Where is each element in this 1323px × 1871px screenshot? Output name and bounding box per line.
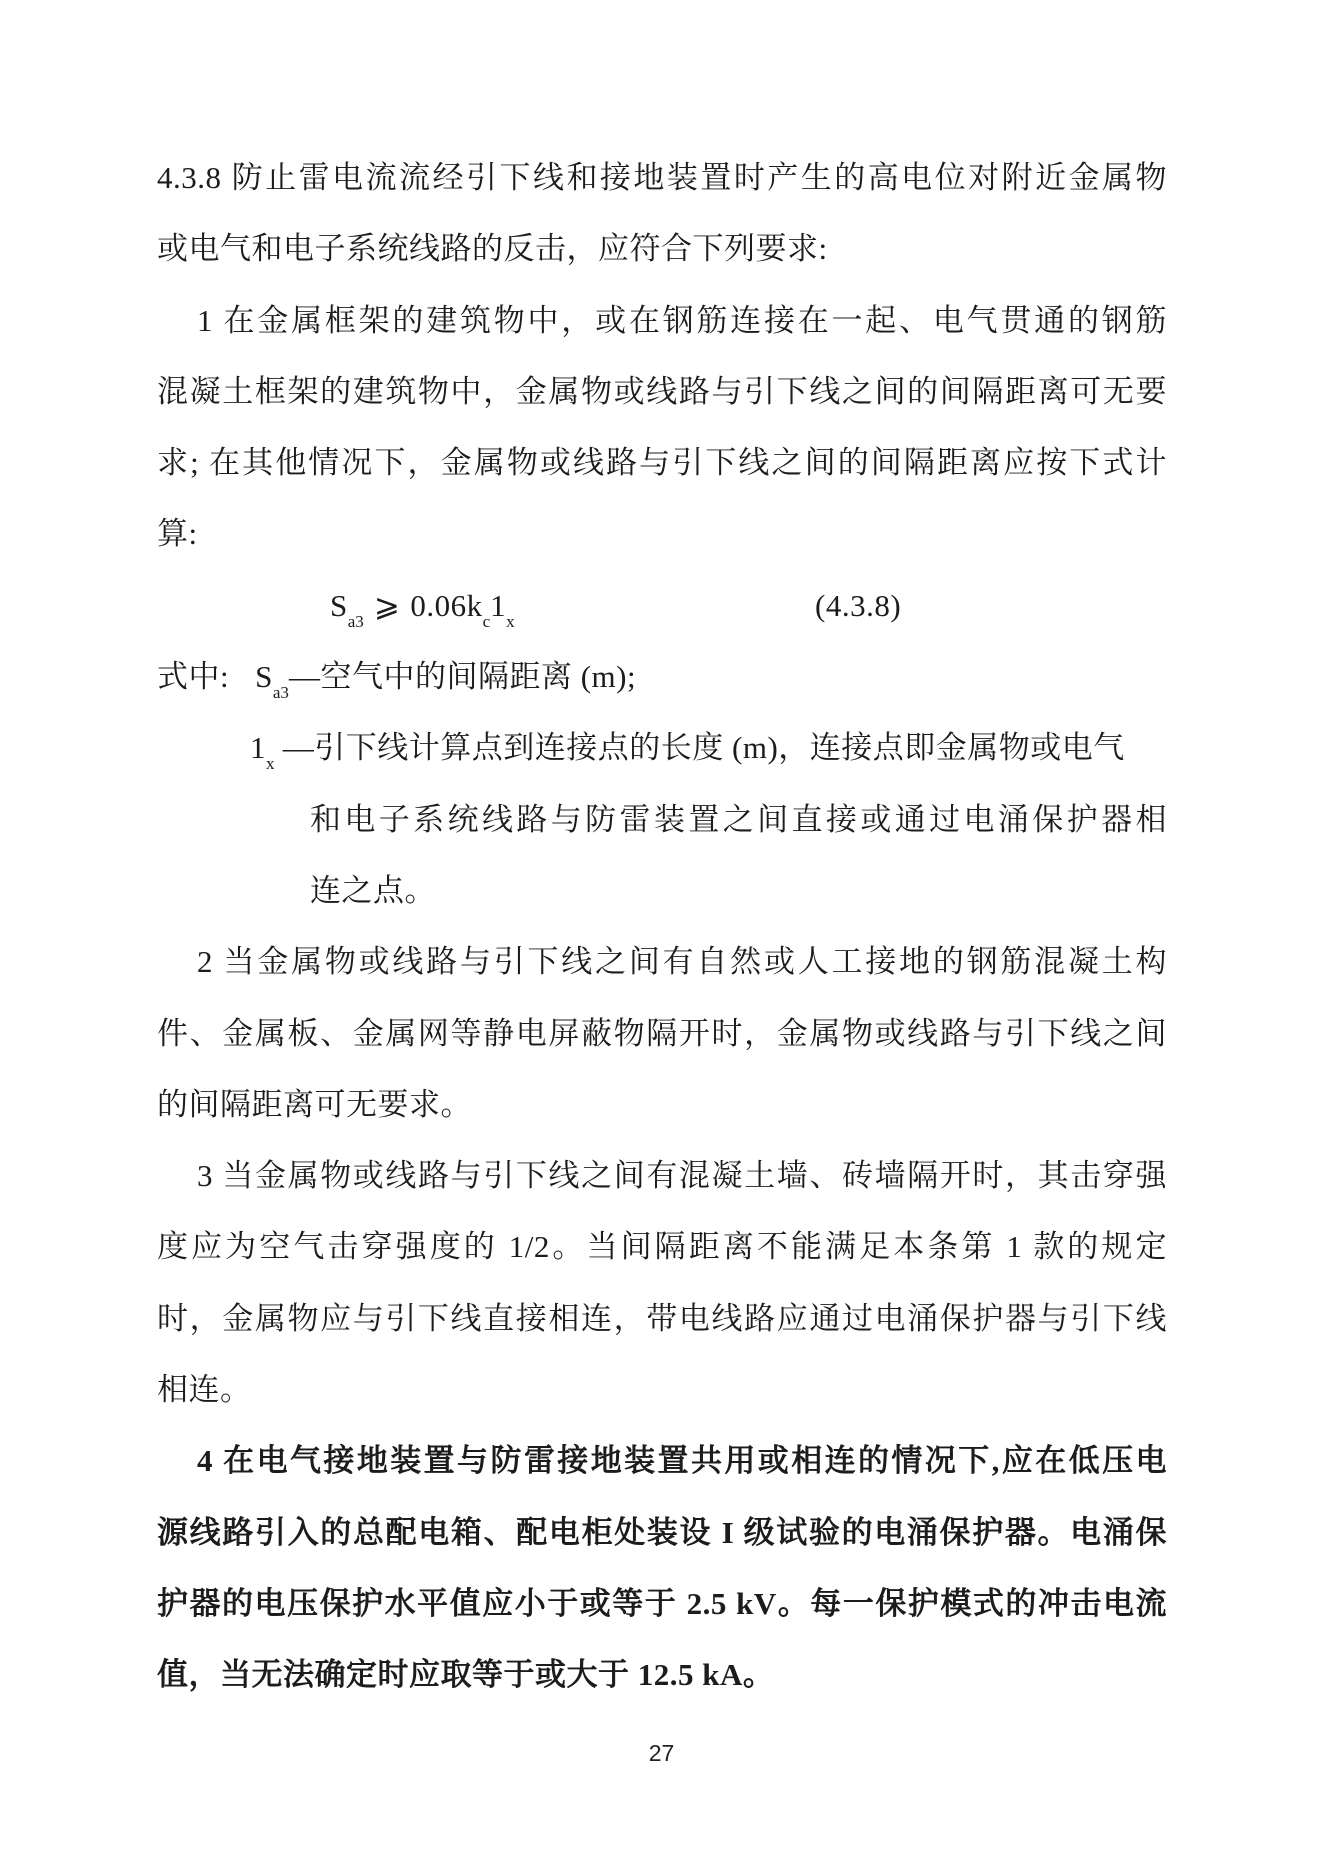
formula-length-base: 1 [490,588,506,623]
where-clause-s-line: 式中:Sa3—空气中的间隔距离 (m); [157,641,1167,712]
formula-s-subscript: a3 [348,612,364,631]
formula-equation-number: (4.3.8) [815,570,901,641]
where-s-subscript: a3 [273,683,289,702]
formula-coefficient-subscript: c [483,612,491,631]
where-clause-l-line: 1x —引下线计算点到连接点的长度 (m)，连接点即金属物或电气 [157,712,1167,783]
where-l-description: —引下线计算点到连接点的长度 (m)，连接点即金属物或电气 [275,730,1125,765]
item-1-line-4: 算: [157,498,1167,569]
where-clause-l-continuation-1: 和电子系统线路与防雷装置之间直接或通过电涌保护器相 [157,784,1167,855]
formula-438: Sa3⩾0.06kc1x (4.3.8) [157,570,1167,641]
formula-coefficient: 0.06k [410,588,482,623]
formula-relation-symbol: ⩾ [374,588,400,623]
where-label: 式中: [157,659,229,694]
clause-438-heading-line-1: 4.3.8 防止雷电流流经引下线和接地装置时产生的高电位对附近金属物 [157,142,1167,213]
item-2-line-1: 2 当金属物或线路与引下线之间有自然或人工接地的钢筋混凝土构 [157,926,1167,997]
where-s-base: S [255,659,273,694]
clause-438-heading-line-2: 或电气和电子系统线路的反击，应符合下列要求: [157,213,1167,284]
item-1-line-2: 混凝土框架的建筑物中，金属物或线路与引下线之间的间隔距离可无要 [157,356,1167,427]
item-3-line-2: 度应为空气击穿强度的 1/2。当间隔距离不能满足本条第 1 款的规定 [157,1211,1167,1282]
item-1-line-3: 求; 在其他情况下，金属物或线路与引下线之间的间隔距离应按下式计 [157,427,1167,498]
formula-expression: Sa3⩾0.06kc1x [330,588,515,623]
item-1-line-1: 1 在金属框架的建筑物中，或在钢筋连接在一起、电气贯通的钢筋 [157,285,1167,356]
formula-s-base: S [330,588,348,623]
document-page: 4.3.8 防止雷电流流经引下线和接地装置时产生的高电位对附近金属物 或电气和电… [0,0,1323,1871]
item-2-line-2: 件、金属板、金属网等静电屏蔽物隔开时，金属物或线路与引下线之间 [157,998,1167,1069]
item-2-line-3: 的间隔距离可无要求。 [157,1069,1167,1140]
item-4-line-1: 4 在电气接地装置与防雷接地装置共用或相连的情况下,应在低压电 [157,1425,1167,1496]
item-4-line-4: 值，当无法确定时应取等于或大于 12.5 kA。 [157,1639,1167,1710]
clause-438-body: 4.3.8 防止雷电流流经引下线和接地装置时产生的高电位对附近金属物 或电气和电… [157,142,1167,1711]
where-clause-l-continuation-2: 连之点。 [157,855,1167,926]
item-3-line-3: 时，金属物应与引下线直接相连，带电线路应通过电涌保护器与引下线 [157,1283,1167,1354]
where-l-subscript: x [266,754,275,773]
formula-length-subscript: x [506,612,515,631]
item-4-line-2: 源线路引入的总配电箱、配电柜处装设 I 级试验的电涌保护器。电涌保 [157,1497,1167,1568]
item-4-line-3: 护器的电压保护水平值应小于或等于 2.5 kV。每一保护模式的冲击电流 [157,1568,1167,1639]
where-l-base: 1 [250,730,266,765]
where-s-description: —空气中的间隔距离 (m); [289,659,636,694]
item-3-line-1: 3 当金属物或线路与引下线之间有混凝土墙、砖墙隔开时，其击穿强 [157,1140,1167,1211]
page-number: 27 [0,1738,1323,1768]
item-3-line-4: 相连。 [157,1354,1167,1425]
